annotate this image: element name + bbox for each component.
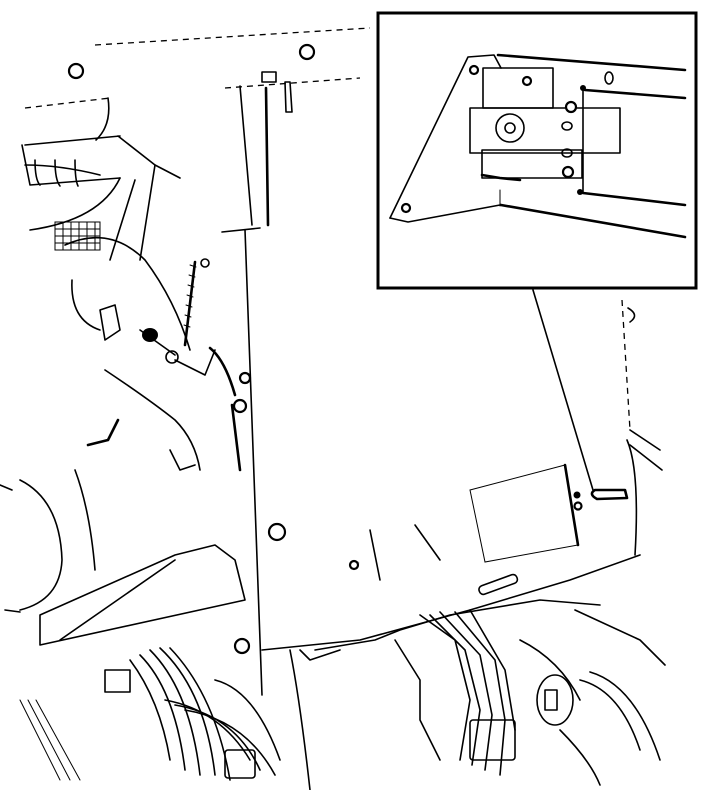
wiring-harness-right	[315, 600, 665, 785]
right-panel	[358, 300, 662, 580]
grille	[55, 222, 100, 250]
linkage-rod-end	[592, 490, 627, 499]
wiring-harness-left	[20, 648, 310, 790]
steering-column	[22, 136, 190, 350]
slot-opening	[478, 573, 519, 595]
bolt-icon	[235, 639, 249, 653]
inset-detail	[378, 13, 696, 288]
diagram-canvas	[0, 0, 704, 790]
bolt-icon	[69, 64, 83, 78]
actuator-box	[470, 465, 578, 562]
bracket-clip-icon	[262, 72, 276, 82]
bolt-icon	[300, 45, 314, 59]
left-round-housing	[0, 470, 95, 612]
top-bolts	[69, 45, 314, 112]
bolt-icon	[269, 524, 285, 540]
main-illustration	[0, 0, 704, 790]
linkage-mechanism	[88, 259, 250, 470]
main-bracket-bar	[40, 524, 640, 660]
upper-panel	[25, 28, 370, 145]
connector-plug	[100, 305, 120, 340]
spring-rod	[185, 262, 195, 345]
callout-leader-line	[533, 290, 593, 490]
